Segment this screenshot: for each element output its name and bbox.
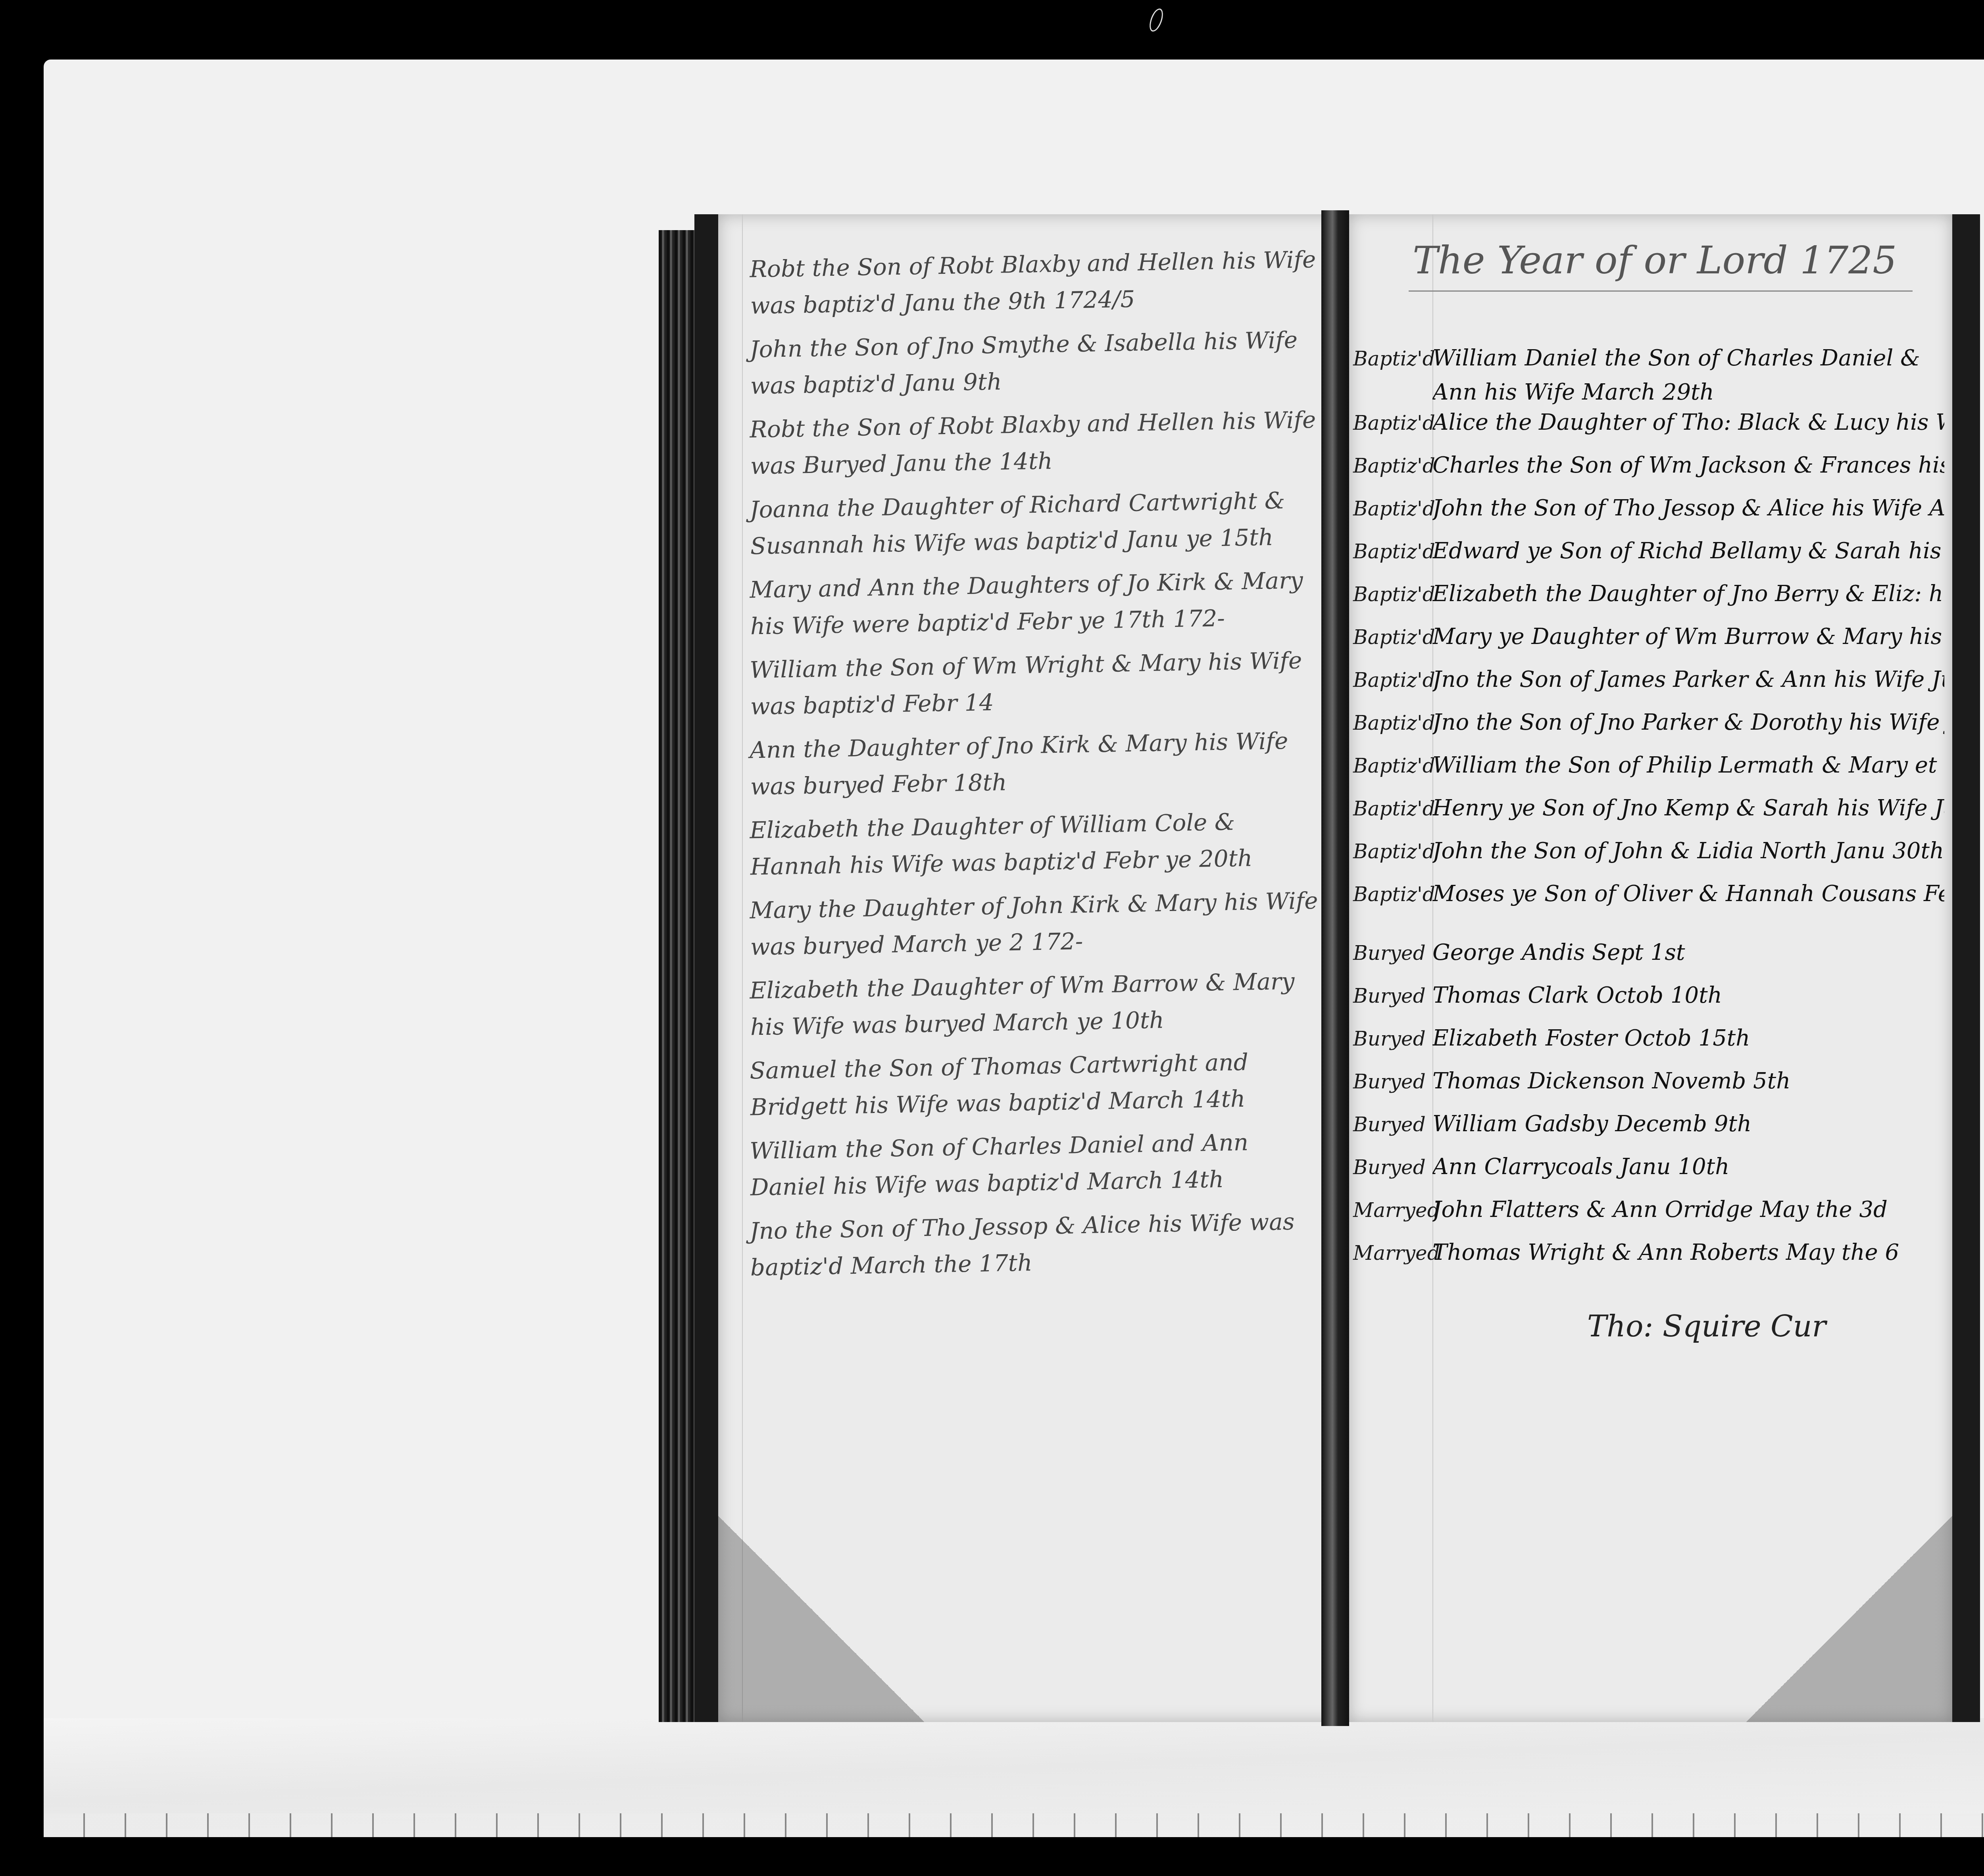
register-row: Baptiz'd Mary ye Daughter of Wm Burrow &… xyxy=(1349,624,1944,667)
register-row: Baptiz'd Alice the Daughter of Tho: Blac… xyxy=(1349,409,1944,452)
entry-type: Baptiz'd xyxy=(1349,347,1432,370)
entry-text: Moses ye Son of Oliver & Hannah Cousans … xyxy=(1432,881,1944,907)
left-entry: Samuel the Son of Thomas Cartwright and … xyxy=(750,1042,1322,1125)
register-row: Buryed George Andis Sept 1st xyxy=(1349,940,1944,982)
left-entry: Joanna the Daughter of Richard Cartwrigh… xyxy=(750,481,1322,564)
left-entry: Mary the Daughter of John Kirk & Mary hi… xyxy=(750,882,1322,965)
left-page-entries: Robt the Son of Robt Blaxby and Hellen h… xyxy=(750,246,1321,1288)
entry-text: Charles the Son of Wm Jackson & Frances … xyxy=(1432,452,1944,478)
register-row: Baptiz'd William Daniel the Son of Charl… xyxy=(1349,341,1944,409)
register-row: Baptiz'd Jno the Son of Jno Parker & Dor… xyxy=(1349,709,1944,752)
left-entry: Elizabeth the Daughter of Wm Barrow & Ma… xyxy=(750,962,1322,1045)
entry-type: Buryed xyxy=(1349,1027,1432,1050)
year-heading: The Year of or Lord 1725 xyxy=(1409,238,1913,292)
register-row: Baptiz'd John the Son of John & Lidia No… xyxy=(1349,838,1944,881)
film-mark xyxy=(1147,7,1165,33)
folded-corner xyxy=(1746,1516,1952,1722)
register-row: Buryed Thomas Dickenson Novemb 5th xyxy=(1349,1068,1944,1111)
left-entry: William the Son of Wm Wright & Mary his … xyxy=(750,642,1322,725)
entry-text: Alice the Daughter of Tho: Black & Lucy … xyxy=(1432,409,1944,435)
entry-text: William Daniel the Son of Charles Daniel… xyxy=(1432,341,1944,409)
register-entries: Baptiz'd William Daniel the Son of Charl… xyxy=(1349,341,1944,1282)
register-row: Buryed Elizabeth Foster Octob 15th xyxy=(1349,1025,1944,1068)
entry-text: George Andis Sept 1st xyxy=(1432,940,1944,965)
entry-text: Thomas Wright & Ann Roberts May the 6 xyxy=(1432,1240,1944,1265)
register-row: Marryed John Flatters & Ann Orridge May … xyxy=(1349,1197,1944,1240)
entry-type: Baptiz'd xyxy=(1349,454,1432,477)
book-spine xyxy=(1321,210,1349,1726)
entry-text: Thomas Dickenson Novemb 5th xyxy=(1432,1068,1944,1094)
left-page: Robt the Son of Robt Blaxby and Hellen h… xyxy=(694,214,1345,1722)
register-row: Baptiz'd Elizabeth the Daughter of Jno B… xyxy=(1349,581,1944,624)
entry-type: Baptiz'd xyxy=(1349,669,1432,692)
entry-text: Jno the Son of Jno Parker & Dorothy his … xyxy=(1432,709,1944,735)
left-entry: Robt the Son of Robt Blaxby and Hellen h… xyxy=(750,401,1322,484)
left-entry: Robt the Son of Robt Blaxby and Hellen h… xyxy=(750,241,1322,324)
left-entry: Jno the Son of Tho Jessop & Alice his Wi… xyxy=(750,1203,1322,1286)
entry-text: William Gadsby Decemb 9th xyxy=(1432,1111,1944,1137)
entry-text: John Flatters & Ann Orridge May the 3d xyxy=(1432,1197,1944,1222)
left-entry: Elizabeth the Daughter of William Cole &… xyxy=(750,802,1322,885)
register-row: Buryed Ann Clarrycoals Janu 10th xyxy=(1349,1154,1944,1197)
entry-type: Baptiz'd xyxy=(1349,626,1432,649)
register-row: Baptiz'd John the Son of Tho Jessop & Al… xyxy=(1349,495,1944,538)
register-row: Baptiz'd Charles the Son of Wm Jackson &… xyxy=(1349,452,1944,495)
register-row: Buryed Thomas Clark Octob 10th xyxy=(1349,982,1944,1025)
entry-type: Baptiz'd xyxy=(1349,797,1432,820)
entry-type: Buryed xyxy=(1349,984,1432,1007)
register-row: Baptiz'd Edward ye Son of Richd Bellamy … xyxy=(1349,538,1944,581)
entry-type: Buryed xyxy=(1349,1156,1432,1179)
left-entry: Ann the Daughter of Jno Kirk & Mary his … xyxy=(750,722,1322,805)
entry-type: Buryed xyxy=(1349,1113,1432,1136)
register-row: Baptiz'd William the Son of Philip Lerma… xyxy=(1349,752,1944,795)
entry-type: Baptiz'd xyxy=(1349,883,1432,906)
entry-type: Baptiz'd xyxy=(1349,840,1432,863)
register-row: Marryed Thomas Wright & Ann Roberts May … xyxy=(1349,1240,1944,1282)
curate-signature: Tho: Squire Cur xyxy=(1587,1309,1826,1344)
entry-text: John the Son of Tho Jessop & Alice his W… xyxy=(1432,495,1944,521)
entry-type: Baptiz'd xyxy=(1349,583,1432,606)
entry-type: Baptiz'd xyxy=(1349,754,1432,777)
left-entry: Mary and Ann the Daughters of Jo Kirk & … xyxy=(750,561,1322,644)
entry-text: Henry ye Son of Jno Kemp & Sarah his Wif… xyxy=(1432,795,1944,821)
entry-text: John the Son of John & Lidia North Janu … xyxy=(1432,838,1944,864)
left-entry: John the Son of Jno Smythe & Isabella hi… xyxy=(750,321,1322,404)
entry-type: Marryed xyxy=(1349,1242,1432,1265)
entry-text: Thomas Clark Octob 10th xyxy=(1432,982,1944,1008)
entry-text: Mary ye Daughter of Wm Burrow & Mary his… xyxy=(1432,624,1944,650)
entry-text: William the Son of Philip Lermath & Mary… xyxy=(1432,752,1944,778)
entry-type: Baptiz'd xyxy=(1349,540,1432,563)
entry-text: Ann Clarrycoals Janu 10th xyxy=(1432,1154,1944,1180)
left-entry: William the Son of Charles Daniel and An… xyxy=(750,1123,1322,1205)
entry-type: Baptiz'd xyxy=(1349,497,1432,520)
entry-type: Baptiz'd xyxy=(1349,411,1432,434)
register-row: Baptiz'd Jno the Son of James Parker & A… xyxy=(1349,667,1944,709)
right-page: The Year of or Lord 1725 Baptiz'd Willia… xyxy=(1349,214,1980,1722)
register-row: Buryed William Gadsby Decemb 9th xyxy=(1349,1111,1944,1154)
register-row: Baptiz'd Moses ye Son of Oliver & Hannah… xyxy=(1349,881,1944,924)
entry-text: Elizabeth Foster Octob 15th xyxy=(1432,1025,1944,1051)
entry-text: Elizabeth the Daughter of Jno Berry & El… xyxy=(1432,581,1944,607)
folded-corner xyxy=(718,1516,925,1722)
register-row: Baptiz'd Henry ye Son of Jno Kemp & Sara… xyxy=(1349,795,1944,838)
entry-type: Buryed xyxy=(1349,942,1432,965)
entry-type: Marryed xyxy=(1349,1199,1432,1222)
entry-type: Baptiz'd xyxy=(1349,711,1432,734)
entry-text: Edward ye Son of Richd Bellamy & Sarah h… xyxy=(1432,538,1944,564)
register-book: Robt the Son of Robt Blaxby and Hellen h… xyxy=(659,198,1984,1738)
entry-type: Buryed xyxy=(1349,1070,1432,1093)
entry-text: Jno the Son of James Parker & Ann his Wi… xyxy=(1432,667,1944,692)
